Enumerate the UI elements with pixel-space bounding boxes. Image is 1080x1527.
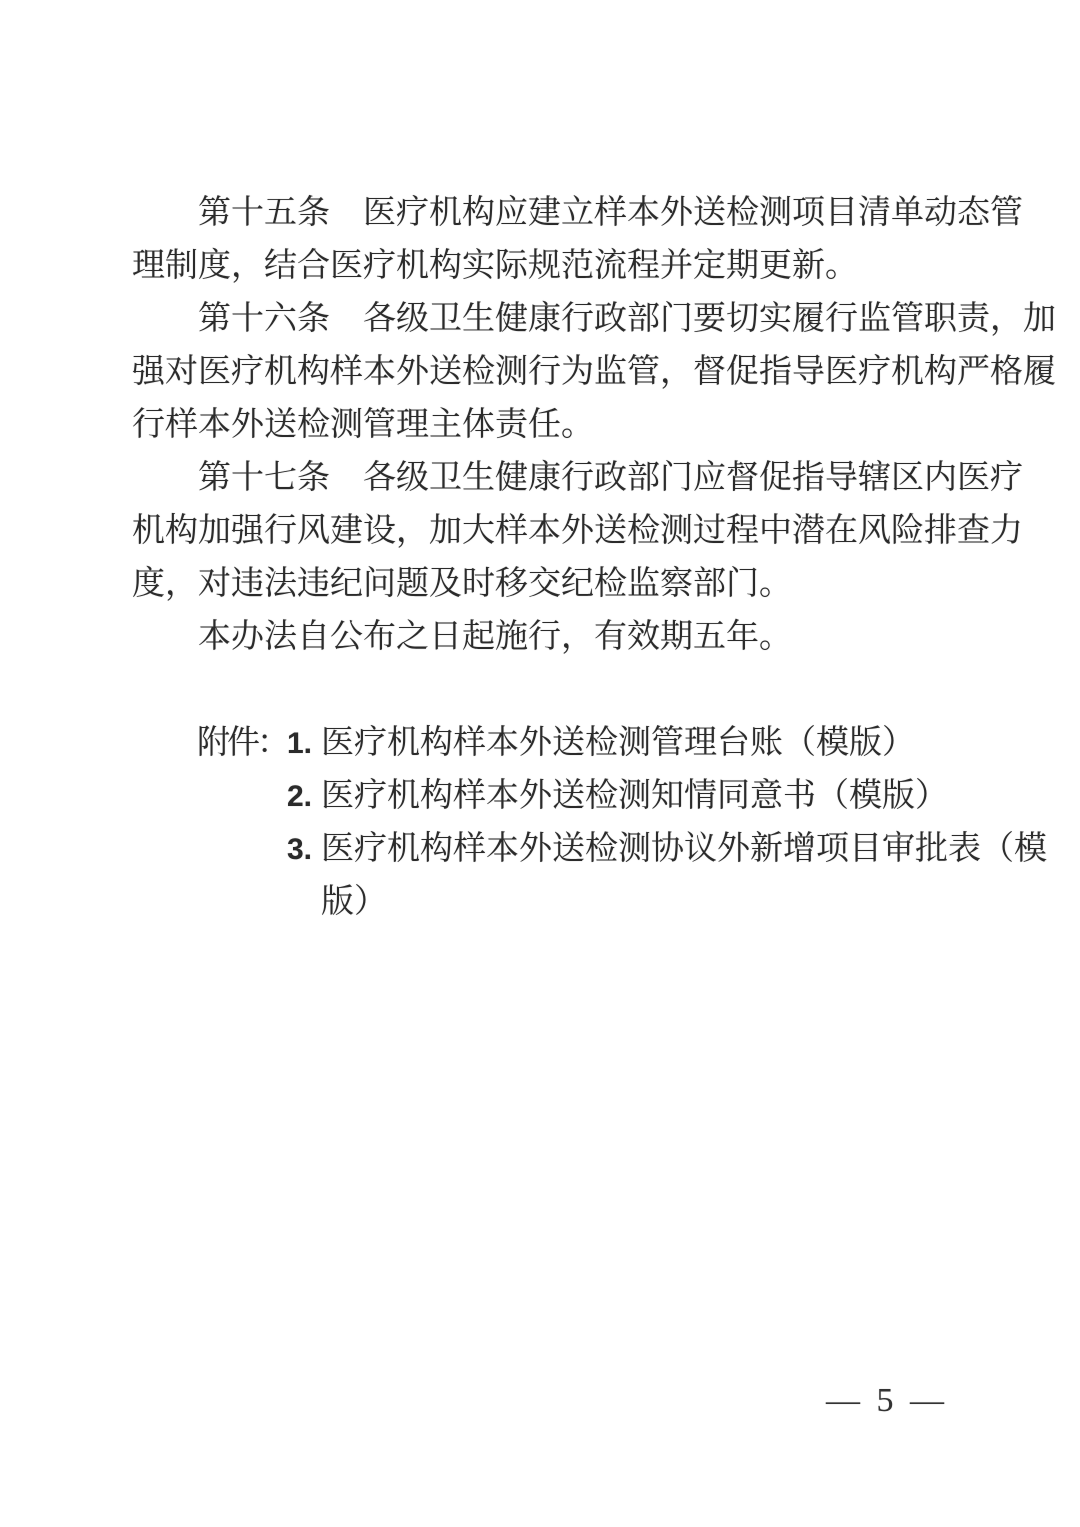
text-line: 本办法自公布之日起施行，有效期五年。 (132, 611, 972, 664)
attachment-item-number: 2. (287, 770, 321, 823)
attachment-item-number: 1. (287, 717, 321, 770)
text-line: 第十七条 各级卫生健康行政部门应督促指导辖区内医疗 (132, 452, 972, 505)
text-line: 理制度，结合医疗机构实际规范流程并定期更新。 (132, 240, 972, 293)
text-line: 第十五条 医疗机构应建立样本外送检测项目清单动态管 (132, 187, 972, 240)
attachment-item-text: 医疗机构样本外送检测协议外新增项目审批表（模 (321, 831, 1047, 867)
text-line: 行样本外送检测管理主体责任。 (132, 399, 972, 452)
attachment-item-number: 3. (287, 823, 321, 876)
paragraph-article-15: 第十五条 医疗机构应建立样本外送检测项目清单动态管 理制度，结合医疗机构实际规范… (132, 187, 972, 293)
attachment-item-1: 附件：1.医疗机构样本外送检测管理台账（模版） (132, 717, 972, 770)
attachment-item-text: 版） (321, 884, 387, 920)
paragraph-article-16: 第十六条 各级卫生健康行政部门要切实履行监管职责，加 强对医疗机构样本外送检测行… (132, 293, 972, 452)
scanned-document-page: 第十五条 医疗机构应建立样本外送检测项目清单动态管 理制度，结合医疗机构实际规范… (0, 0, 1080, 1527)
page-number: — 5 — (826, 1381, 948, 1421)
attachment-item-text: 医疗机构样本外送检测知情同意书（模版） (321, 778, 948, 814)
attachments-label: 附件： (197, 717, 287, 770)
attachment-item-3-continuation: 版） (132, 876, 972, 929)
paragraph-article-17: 第十七条 各级卫生健康行政部门应督促指导辖区内医疗 机构加强行风建设，加大样本外… (132, 452, 972, 611)
text-line: 度，对违法违纪问题及时移交纪检监察部门。 (132, 558, 972, 611)
text-line: 机构加强行风建设，加大样本外送检测过程中潜在风险排查力 (132, 505, 972, 558)
attachments-block: 附件：1.医疗机构样本外送检测管理台账（模版） 2.医疗机构样本外送检测知情同意… (132, 717, 972, 929)
document-body: 第十五条 医疗机构应建立样本外送检测项目清单动态管 理制度，结合医疗机构实际规范… (132, 187, 972, 929)
attachment-item-3: 3.医疗机构样本外送检测协议外新增项目审批表（模 (132, 823, 972, 876)
blank-line (132, 664, 972, 717)
text-line: 第十六条 各级卫生健康行政部门要切实履行监管职责，加 (132, 293, 972, 346)
text-line: 强对医疗机构样本外送检测行为监管，督促指导医疗机构严格履 (132, 346, 972, 399)
attachment-item-text: 医疗机构样本外送检测管理台账（模版） (321, 725, 915, 761)
paragraph-effective-clause: 本办法自公布之日起施行，有效期五年。 (132, 611, 972, 664)
attachment-item-2: 2.医疗机构样本外送检测知情同意书（模版） (132, 770, 972, 823)
